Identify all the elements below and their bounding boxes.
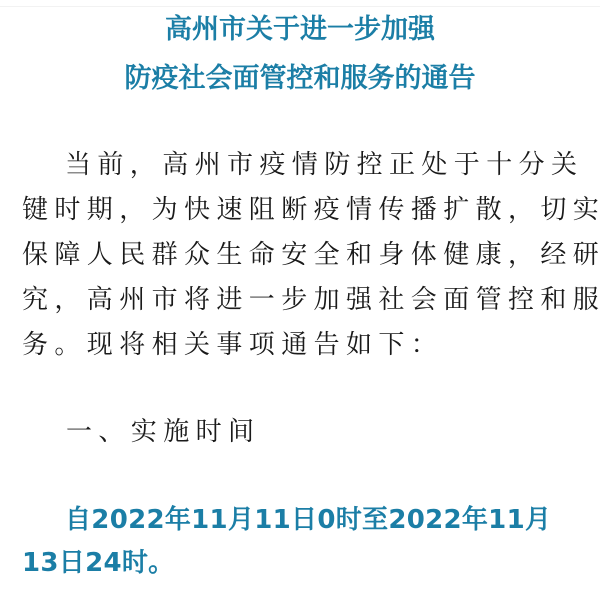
implementation-period-line-2: 13日24时。 (22, 542, 592, 585)
implementation-period: 自2022年11月11日0时至2022年11月 13日24时。 (22, 499, 592, 585)
notice-title-line-1: 高州市关于进一步加强 (0, 14, 600, 46)
intro-line-1: 当前，高州市疫情防控正处于十分关 (22, 143, 592, 188)
implementation-period-line-1: 自2022年11月11日0时至2022年11月 (22, 499, 592, 542)
intro-line-2: 键时期，为快速阻断疫情传播扩散，切实 (22, 188, 592, 233)
section-heading-implementation-time: 一、实施时间 (66, 410, 600, 455)
intro-line-3: 保障人民群众生命安全和身体健康，经研 (22, 233, 592, 278)
intro-line-4: 究，高州市将进一步加强社会面管控和服 (22, 278, 592, 323)
notice-title-line-2: 防疫社会面管控和服务的通告 (0, 63, 600, 95)
intro-paragraph: 当前，高州市疫情防控正处于十分关 键时期，为快速阻断疫情传播扩散，切实 保障人民… (22, 143, 592, 368)
intro-line-5: 务。现将相关事项通告如下： (22, 323, 592, 368)
top-divider (0, 6, 600, 7)
